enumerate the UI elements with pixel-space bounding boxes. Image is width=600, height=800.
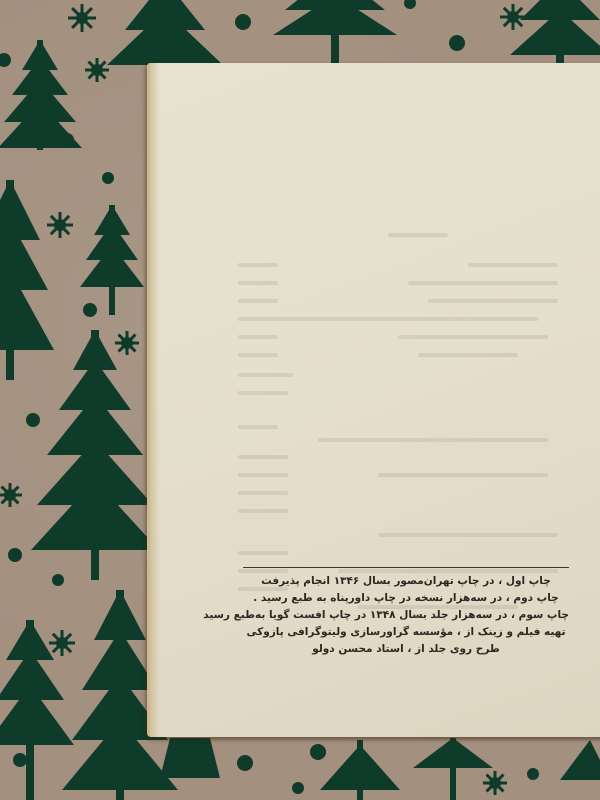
dot-icon — [52, 574, 64, 586]
pine-tree-icon — [0, 180, 54, 380]
snowflake-icon — [0, 483, 22, 507]
page-edge — [150, 63, 160, 737]
dot-icon — [26, 413, 40, 427]
pine-tree-icon — [320, 740, 400, 800]
pine-tree-icon — [0, 40, 82, 150]
snowflake-icon — [49, 630, 75, 656]
pine-tree-icon — [273, 0, 397, 65]
dot-icon — [235, 14, 251, 30]
pine-tree-icon — [510, 0, 600, 65]
dot-icon — [60, 133, 74, 147]
snowflake-icon — [47, 212, 73, 238]
dot-icon — [0, 53, 11, 67]
pine-tree-icon — [413, 738, 493, 800]
pine-tree-icon — [80, 205, 144, 315]
snowflake-icon — [85, 58, 109, 82]
cover-design-credit-line: طرح روی جلد از ، استاد محسن دولو — [243, 641, 569, 658]
bleed-through-text — [238, 233, 568, 613]
colophon: چاپ اول ، در چاپ تهران‌مصور بسال ۱۳۴۶ ان… — [243, 567, 569, 658]
first-edition-line: چاپ اول ، در چاپ تهران‌مصور بسال ۱۳۴۶ ان… — [243, 573, 569, 590]
snowflake-icon — [500, 4, 526, 30]
snowflake-icon — [115, 331, 139, 355]
horizontal-rule — [243, 567, 569, 568]
snowflake-icon — [68, 4, 96, 32]
book-page: چاپ اول ، در چاپ تهران‌مصور بسال ۱۳۴۶ ان… — [147, 63, 600, 737]
dot-icon — [83, 303, 97, 317]
dot-icon — [292, 782, 304, 794]
dot-icon — [527, 768, 539, 780]
snowflake-icon — [483, 771, 507, 795]
dot-icon — [404, 0, 416, 9]
dot-icon — [13, 753, 27, 767]
dot-icon — [449, 35, 465, 51]
dot-icon — [237, 755, 253, 771]
film-zinc-credit-line: تهیه فیلم و زینک از ، مؤسسه گراورسازی ول… — [243, 624, 569, 641]
dot-icon — [67, 535, 77, 545]
dot-icon — [8, 548, 22, 562]
colophon-text: چاپ اول ، در چاپ تهران‌مصور بسال ۱۳۴۶ ان… — [243, 573, 569, 658]
pine-tree-icon — [31, 330, 159, 580]
pine-tree-icon — [160, 738, 220, 778]
dot-icon — [102, 172, 114, 184]
dot-icon — [310, 744, 326, 760]
third-edition-line: چاپ سوم ، در سه‌هزار جلد بسال ۱۳۴۸ در چا… — [243, 607, 569, 624]
second-edition-line: چاپ دوم ، در سه‌هزار نسخه در چاپ داورپنا… — [243, 590, 569, 607]
pine-tree-icon — [107, 0, 223, 70]
pine-tree-icon — [560, 740, 600, 780]
